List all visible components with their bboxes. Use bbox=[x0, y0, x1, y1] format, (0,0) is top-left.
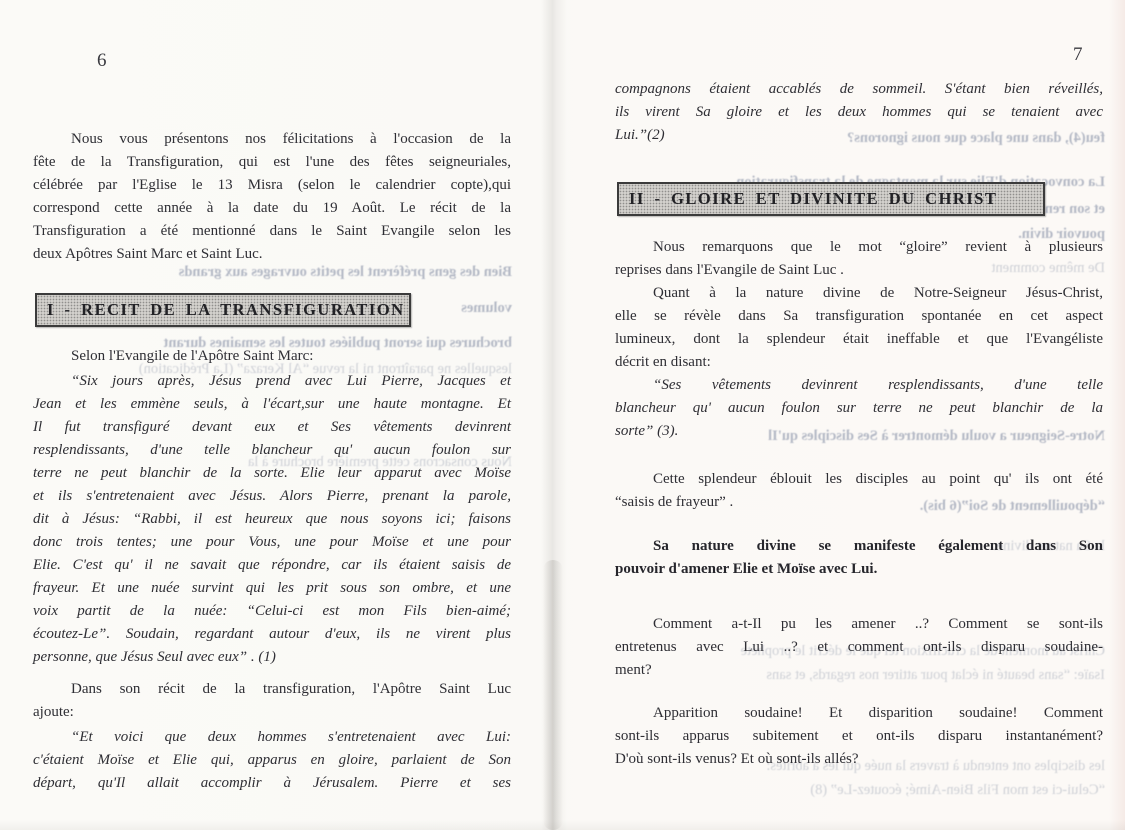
section-heading: II - GLOIRE ET DIVINITE DU CHRIST bbox=[617, 182, 1045, 216]
paragraph: “Et voici que deux hommes s'entretenaien… bbox=[33, 726, 511, 795]
book-page-spread: Bien des gens préfèrent les petits ouvra… bbox=[0, 0, 1125, 830]
paragraph: “Ses vêtements devinrent resplendissants… bbox=[615, 374, 1103, 443]
text-line: pouvoir d'amener Elie et Moïse avec Lui. bbox=[615, 558, 1103, 581]
text-line: ils virent Sa gloire et les deux hommes … bbox=[615, 101, 1103, 124]
left-text-column: Nous vous présentons nos félicitations à… bbox=[33, 128, 511, 795]
text-line: deux Apôtres Saint Marc et Saint Luc. bbox=[33, 243, 511, 266]
text-line: resplendissants, d'une telle blancheur q… bbox=[33, 439, 511, 462]
paragraph: Apparition soudaine! Et disparition soud… bbox=[615, 702, 1103, 771]
left-page: Bien des gens préfèrent les petits ouvra… bbox=[0, 0, 555, 830]
text-line: Il fut transfiguré devant eux et Ses vêt… bbox=[33, 416, 511, 439]
text-line: Transfiguration a été mentionné dans le … bbox=[33, 220, 511, 243]
text-line: Lui.”(2) bbox=[615, 124, 1103, 147]
paragraph: Comment a-t-Il pu les amener ..? Comment… bbox=[615, 613, 1103, 682]
text-line: Cette splendeur éblouit les disciples au… bbox=[615, 468, 1103, 491]
text-line: reprises dans l'Evangile de Saint Luc . bbox=[615, 259, 1103, 282]
section-heading: I - RECIT DE LA TRANSFIGURATION bbox=[35, 293, 411, 327]
text-line: personne, que Jésus Seul avec eux” . (1) bbox=[33, 646, 511, 669]
text-line: Jean et les emmène seuls, à l'écart,sur … bbox=[33, 393, 511, 416]
bleedthrough-line: “Celui-ci est mon Fils Bien-Aimé; écoute… bbox=[613, 780, 1105, 800]
text-line: Selon l'Evangile de l'Apôtre Saint Marc: bbox=[33, 345, 511, 368]
text-line: Nous remarquons que le mot “gloire” revi… bbox=[615, 236, 1103, 259]
text-line: dit à Jésus: “Rabbi, il est heureux que … bbox=[33, 508, 511, 531]
text-line: D'où sont-ils venus? Et où sont-ils allé… bbox=[615, 748, 1103, 771]
text-line: “Six jours après, Jésus prend avec Lui P… bbox=[33, 370, 511, 393]
text-line: décrit en disant: bbox=[615, 351, 1103, 374]
text-line: voix partit de la nuée: “Celui-ci est mo… bbox=[33, 600, 511, 623]
book-gutter-shadow-lower bbox=[543, 560, 563, 830]
text-line: sorte” (3). bbox=[615, 420, 1103, 443]
paragraph: Cette splendeur éblouit les disciples au… bbox=[615, 468, 1103, 514]
text-line: entretenus avec Lui ..? et comment ont-i… bbox=[615, 636, 1103, 659]
text-line: fête de la Transfiguration, qui est l'un… bbox=[33, 151, 511, 174]
paragraph: Selon l'Evangile de l'Apôtre Saint Marc: bbox=[33, 345, 511, 368]
text-line: terre ne peut blanchir de la sorte. Elie… bbox=[33, 462, 511, 485]
text-line: ment? bbox=[615, 659, 1103, 682]
text-line: c'étaient Moïse et Elie qui, apparus en … bbox=[33, 749, 511, 772]
page-number-right: 7 bbox=[1073, 44, 1083, 66]
paragraph: compagnons étaient accablés de sommeil. … bbox=[615, 78, 1103, 147]
text-line: Elie. C'est qu' il ne savait que répondr… bbox=[33, 554, 511, 577]
text-line: “Et voici que deux hommes s'entretenaien… bbox=[33, 726, 511, 749]
text-line: Nous vous présentons nos félicitations à… bbox=[33, 128, 511, 151]
paragraph: Nous remarquons que le mot “gloire” revi… bbox=[615, 236, 1103, 282]
paragraph: Nous vous présentons nos félicitations à… bbox=[33, 128, 511, 266]
text-line: blancheur qu' aucun foulon sur terre ne … bbox=[615, 397, 1103, 420]
text-line: frayeur. Et une nuée survint qui les pri… bbox=[33, 577, 511, 600]
text-line: Quant à la nature divine de Notre-Seigne… bbox=[615, 282, 1103, 305]
text-line: écoutez-Le”. Soudain, regardant autour d… bbox=[33, 623, 511, 646]
text-line: compagnons étaient accablés de sommeil. … bbox=[615, 78, 1103, 101]
page-number-left: 6 bbox=[97, 50, 107, 72]
text-line: ajoute: bbox=[33, 701, 511, 724]
text-line: Apparition soudaine! Et disparition soud… bbox=[615, 702, 1103, 725]
text-line: “saisis de frayeur” . bbox=[615, 491, 1103, 514]
text-line: sont-ils apparus subitement et ont-ils d… bbox=[615, 725, 1103, 748]
scan-edge-tint bbox=[1109, 0, 1125, 830]
text-line: Sa nature divine se manifeste également … bbox=[615, 535, 1103, 558]
scan-edge-shadow bbox=[0, 820, 1125, 830]
text-line: Dans son récit de la transfiguration, l'… bbox=[33, 678, 511, 701]
paragraph: “Six jours après, Jésus prend avec Lui P… bbox=[33, 370, 511, 669]
text-line: Comment a-t-Il pu les amener ..? Comment… bbox=[615, 613, 1103, 636]
text-line: célébrée par l'Eglise le 13 Misra (selon… bbox=[33, 174, 511, 197]
text-line: elle se révèle dans Sa transfiguration s… bbox=[615, 305, 1103, 328]
right-page: feu(4), dans une place que nous ignorons… bbox=[555, 0, 1125, 830]
text-line: correspond cette année à la date du 19 A… bbox=[33, 197, 511, 220]
section-heading-label: I - RECIT DE LA TRANSFIGURATION bbox=[47, 300, 405, 320]
text-line: lumineux, dont la splendeur était ineffa… bbox=[615, 328, 1103, 351]
paragraph: Sa nature divine se manifeste également … bbox=[615, 535, 1103, 581]
section-heading-label: II - GLOIRE ET DIVINITE DU CHRIST bbox=[629, 189, 997, 209]
paragraph: Dans son récit de la transfiguration, l'… bbox=[33, 678, 511, 724]
text-line: donc trois tentes; une pour Vous, une po… bbox=[33, 531, 511, 554]
paragraph: Quant à la nature divine de Notre-Seigne… bbox=[615, 282, 1103, 374]
text-line: départ, qu'Il allait accomplir à Jérusal… bbox=[33, 772, 511, 795]
text-line: et ils s'entretenaient avec Jésus. Alors… bbox=[33, 485, 511, 508]
right-text-column: compagnons étaient accablés de sommeil. … bbox=[615, 78, 1103, 771]
text-line: “Ses vêtements devinrent resplendissants… bbox=[615, 374, 1103, 397]
